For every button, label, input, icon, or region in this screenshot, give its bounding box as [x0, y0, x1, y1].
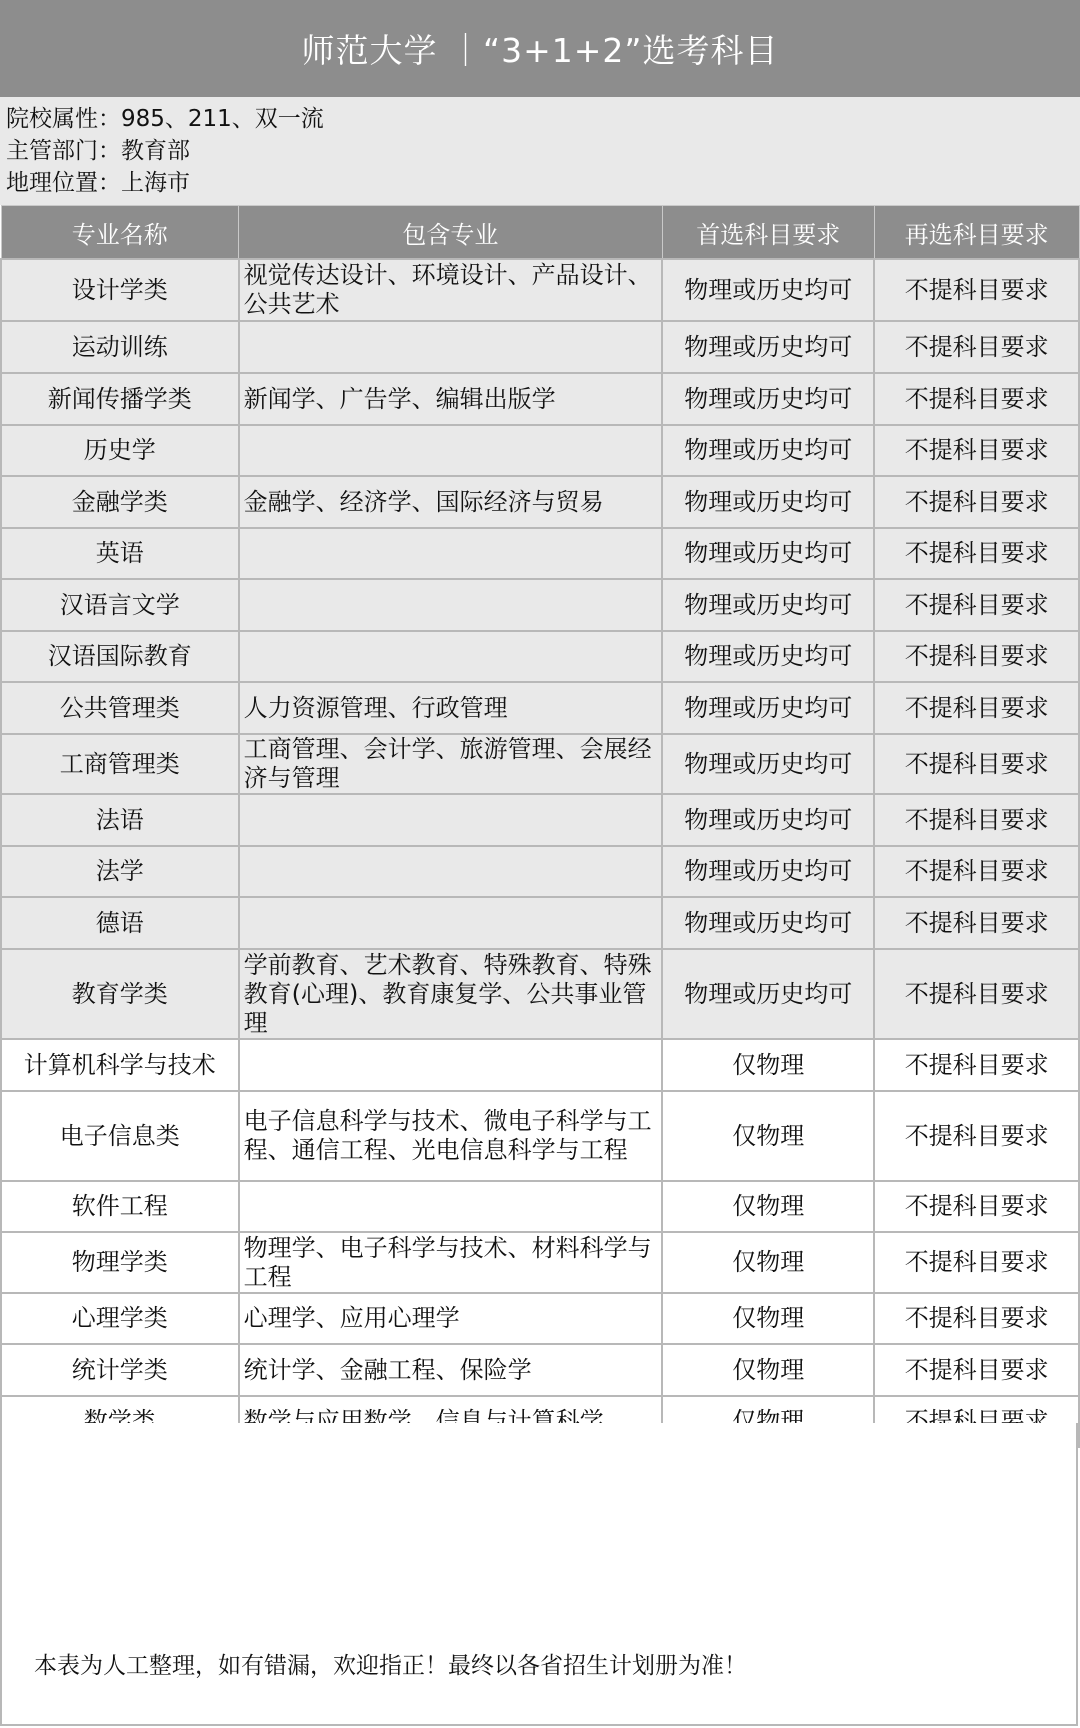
- header-major-name: 专业名称: [1, 206, 239, 260]
- second-subject-cell: 不提科目要求: [874, 1039, 1079, 1091]
- first-subject-cell: 物理或历史均可: [662, 794, 874, 846]
- major-name-cell: 物理学类: [1, 1232, 239, 1293]
- info-location-value: 上海市: [121, 170, 190, 196]
- first-subject-cell: 物理或历史均可: [662, 373, 874, 425]
- first-subject-cell: 物理或历史均可: [662, 528, 874, 579]
- first-subject-cell: 仅物理: [662, 1293, 874, 1344]
- second-subject-cell: 不提科目要求: [874, 949, 1079, 1039]
- info-department-value: 教育部: [121, 138, 190, 164]
- includes-cell: [239, 846, 663, 897]
- header-includes: 包含专业: [239, 206, 663, 260]
- first-subject-cell: 仅物理: [662, 1039, 874, 1091]
- major-name-cell: 教育学类: [1, 949, 239, 1039]
- info-department-label: 主管部门：: [6, 138, 121, 164]
- second-subject-cell: 不提科目要求: [874, 321, 1079, 373]
- includes-cell: [239, 1181, 663, 1232]
- first-subject-cell: 物理或历史均可: [662, 846, 874, 897]
- second-subject-cell: 不提科目要求: [874, 1181, 1079, 1232]
- table-row: 历史学物理或历史均可不提科目要求: [1, 425, 1079, 476]
- table-row: 设计学类视觉传达设计、环境设计、产品设计、公共艺术物理或历史均可不提科目要求: [1, 259, 1079, 321]
- second-subject-cell: 不提科目要求: [874, 846, 1079, 897]
- footer: 本表为人工整理，如有错漏，欢迎指正！最终以各省招生计划册为准！: [0, 1423, 1078, 1726]
- major-name-cell: 运动训练: [1, 321, 239, 373]
- major-name-cell: 汉语言文学: [1, 579, 239, 631]
- table-row: 运动训练物理或历史均可不提科目要求: [1, 321, 1079, 373]
- table-row: 工商管理类工商管理、会计学、旅游管理、会展经济与管理物理或历史均可不提科目要求: [1, 734, 1079, 794]
- table-row: 软件工程仅物理不提科目要求: [1, 1181, 1079, 1232]
- includes-cell: 心理学、应用心理学: [239, 1293, 663, 1344]
- first-subject-cell: 物理或历史均可: [662, 734, 874, 794]
- first-subject-cell: 物理或历史均可: [662, 682, 874, 734]
- includes-cell: 新闻学、广告学、编辑出版学: [239, 373, 663, 425]
- first-subject-cell: 物理或历史均可: [662, 631, 874, 682]
- includes-cell: [239, 321, 663, 373]
- table-row: 英语物理或历史均可不提科目要求: [1, 528, 1079, 579]
- header-second-subject: 再选科目要求: [874, 206, 1079, 260]
- major-name-cell: 金融学类: [1, 476, 239, 528]
- second-subject-cell: 不提科目要求: [874, 425, 1079, 476]
- includes-cell: 视觉传达设计、环境设计、产品设计、公共艺术: [239, 259, 663, 321]
- first-subject-cell: 仅物理: [662, 1344, 874, 1396]
- major-name-cell: 新闻传播学类: [1, 373, 239, 425]
- major-name-cell: 软件工程: [1, 1181, 239, 1232]
- table-header-row: 专业名称 包含专业 首选科目要求 再选科目要求: [1, 206, 1079, 260]
- table-row: 新闻传播学类新闻学、广告学、编辑出版学物理或历史均可不提科目要求: [1, 373, 1079, 425]
- info-location: 地理位置：上海市: [0, 167, 1080, 199]
- subject-requirements-table: 专业名称 包含专业 首选科目要求 再选科目要求 设计学类视觉传达设计、环境设计、…: [0, 205, 1080, 1448]
- major-name-cell: 电子信息类: [1, 1091, 239, 1181]
- first-subject-cell: 仅物理: [662, 1181, 874, 1232]
- major-name-cell: 统计学类: [1, 1344, 239, 1396]
- page-title: 师范大学 ｜“3+1+2”选考科目: [302, 25, 779, 72]
- first-subject-cell: 物理或历史均可: [662, 476, 874, 528]
- includes-cell: [239, 425, 663, 476]
- info-attributes-label: 院校属性：: [6, 106, 121, 132]
- first-subject-cell: 仅物理: [662, 1232, 874, 1293]
- first-subject-cell: 物理或历史均可: [662, 897, 874, 949]
- major-name-cell: 历史学: [1, 425, 239, 476]
- includes-cell: 工商管理、会计学、旅游管理、会展经济与管理: [239, 734, 663, 794]
- second-subject-cell: 不提科目要求: [874, 1091, 1079, 1181]
- table-row: 法学物理或历史均可不提科目要求: [1, 846, 1079, 897]
- first-subject-cell: 仅物理: [662, 1091, 874, 1181]
- first-subject-cell: 物理或历史均可: [662, 321, 874, 373]
- info-location-label: 地理位置：: [6, 170, 121, 196]
- first-subject-cell: 物理或历史均可: [662, 579, 874, 631]
- includes-cell: [239, 631, 663, 682]
- page-title-bar: 师范大学 ｜“3+1+2”选考科目: [0, 0, 1080, 97]
- major-name-cell: 心理学类: [1, 1293, 239, 1344]
- table-row: 电子信息类电子信息科学与技术、微电子科学与工程、通信工程、光电信息科学与工程仅物…: [1, 1091, 1079, 1181]
- major-name-cell: 法学: [1, 846, 239, 897]
- info-department: 主管部门：教育部: [0, 135, 1080, 167]
- table-row: 计算机科学与技术仅物理不提科目要求: [1, 1039, 1079, 1091]
- major-name-cell: 法语: [1, 794, 239, 846]
- major-name-cell: 工商管理类: [1, 734, 239, 794]
- table-body: 设计学类视觉传达设计、环境设计、产品设计、公共艺术物理或历史均可不提科目要求运动…: [1, 259, 1079, 1447]
- includes-cell: 学前教育、艺术教育、特殊教育、特殊教育(心理)、教育康复学、公共事业管理: [239, 949, 663, 1039]
- second-subject-cell: 不提科目要求: [874, 794, 1079, 846]
- second-subject-cell: 不提科目要求: [874, 1232, 1079, 1293]
- includes-cell: 人力资源管理、行政管理: [239, 682, 663, 734]
- table-row: 汉语言文学物理或历史均可不提科目要求: [1, 579, 1079, 631]
- includes-cell: [239, 1039, 663, 1091]
- major-name-cell: 计算机科学与技术: [1, 1039, 239, 1091]
- table-row: 法语物理或历史均可不提科目要求: [1, 794, 1079, 846]
- includes-cell: [239, 528, 663, 579]
- table-row: 心理学类心理学、应用心理学仅物理不提科目要求: [1, 1293, 1079, 1344]
- second-subject-cell: 不提科目要求: [874, 373, 1079, 425]
- major-name-cell: 英语: [1, 528, 239, 579]
- includes-cell: 金融学、经济学、国际经济与贸易: [239, 476, 663, 528]
- info-attributes: 院校属性：985、211、双一流: [0, 103, 1080, 135]
- table-row: 统计学类统计学、金融工程、保险学仅物理不提科目要求: [1, 1344, 1079, 1396]
- table-row: 公共管理类人力资源管理、行政管理物理或历史均可不提科目要求: [1, 682, 1079, 734]
- includes-cell: 物理学、电子科学与技术、材料科学与工程: [239, 1232, 663, 1293]
- second-subject-cell: 不提科目要求: [874, 897, 1079, 949]
- includes-cell: 电子信息科学与技术、微电子科学与工程、通信工程、光电信息科学与工程: [239, 1091, 663, 1181]
- second-subject-cell: 不提科目要求: [874, 476, 1079, 528]
- table-row: 教育学类学前教育、艺术教育、特殊教育、特殊教育(心理)、教育康复学、公共事业管理…: [1, 949, 1079, 1039]
- table-row: 物理学类物理学、电子科学与技术、材料科学与工程仅物理不提科目要求: [1, 1232, 1079, 1293]
- second-subject-cell: 不提科目要求: [874, 579, 1079, 631]
- first-subject-cell: 物理或历史均可: [662, 425, 874, 476]
- table-row: 金融学类金融学、经济学、国际经济与贸易物理或历史均可不提科目要求: [1, 476, 1079, 528]
- major-name-cell: 汉语国际教育: [1, 631, 239, 682]
- includes-cell: [239, 579, 663, 631]
- second-subject-cell: 不提科目要求: [874, 1344, 1079, 1396]
- table-row: 德语物理或历史均可不提科目要求: [1, 897, 1079, 949]
- major-name-cell: 公共管理类: [1, 682, 239, 734]
- second-subject-cell: 不提科目要求: [874, 1293, 1079, 1344]
- includes-cell: 统计学、金融工程、保险学: [239, 1344, 663, 1396]
- includes-cell: [239, 794, 663, 846]
- second-subject-cell: 不提科目要求: [874, 734, 1079, 794]
- second-subject-cell: 不提科目要求: [874, 259, 1079, 321]
- major-name-cell: 设计学类: [1, 259, 239, 321]
- table-row: 汉语国际教育物理或历史均可不提科目要求: [1, 631, 1079, 682]
- header-first-subject: 首选科目要求: [662, 206, 874, 260]
- second-subject-cell: 不提科目要求: [874, 631, 1079, 682]
- includes-cell: [239, 897, 663, 949]
- second-subject-cell: 不提科目要求: [874, 528, 1079, 579]
- info-attributes-value: 985、211、双一流: [121, 106, 324, 132]
- footer-note: 本表为人工整理，如有错漏，欢迎指正！最终以各省招生计划册为准！: [34, 1647, 747, 1680]
- major-name-cell: 德语: [1, 897, 239, 949]
- first-subject-cell: 物理或历史均可: [662, 949, 874, 1039]
- school-info: 院校属性：985、211、双一流 主管部门：教育部 地理位置：上海市: [0, 97, 1080, 205]
- first-subject-cell: 物理或历史均可: [662, 259, 874, 321]
- second-subject-cell: 不提科目要求: [874, 682, 1079, 734]
